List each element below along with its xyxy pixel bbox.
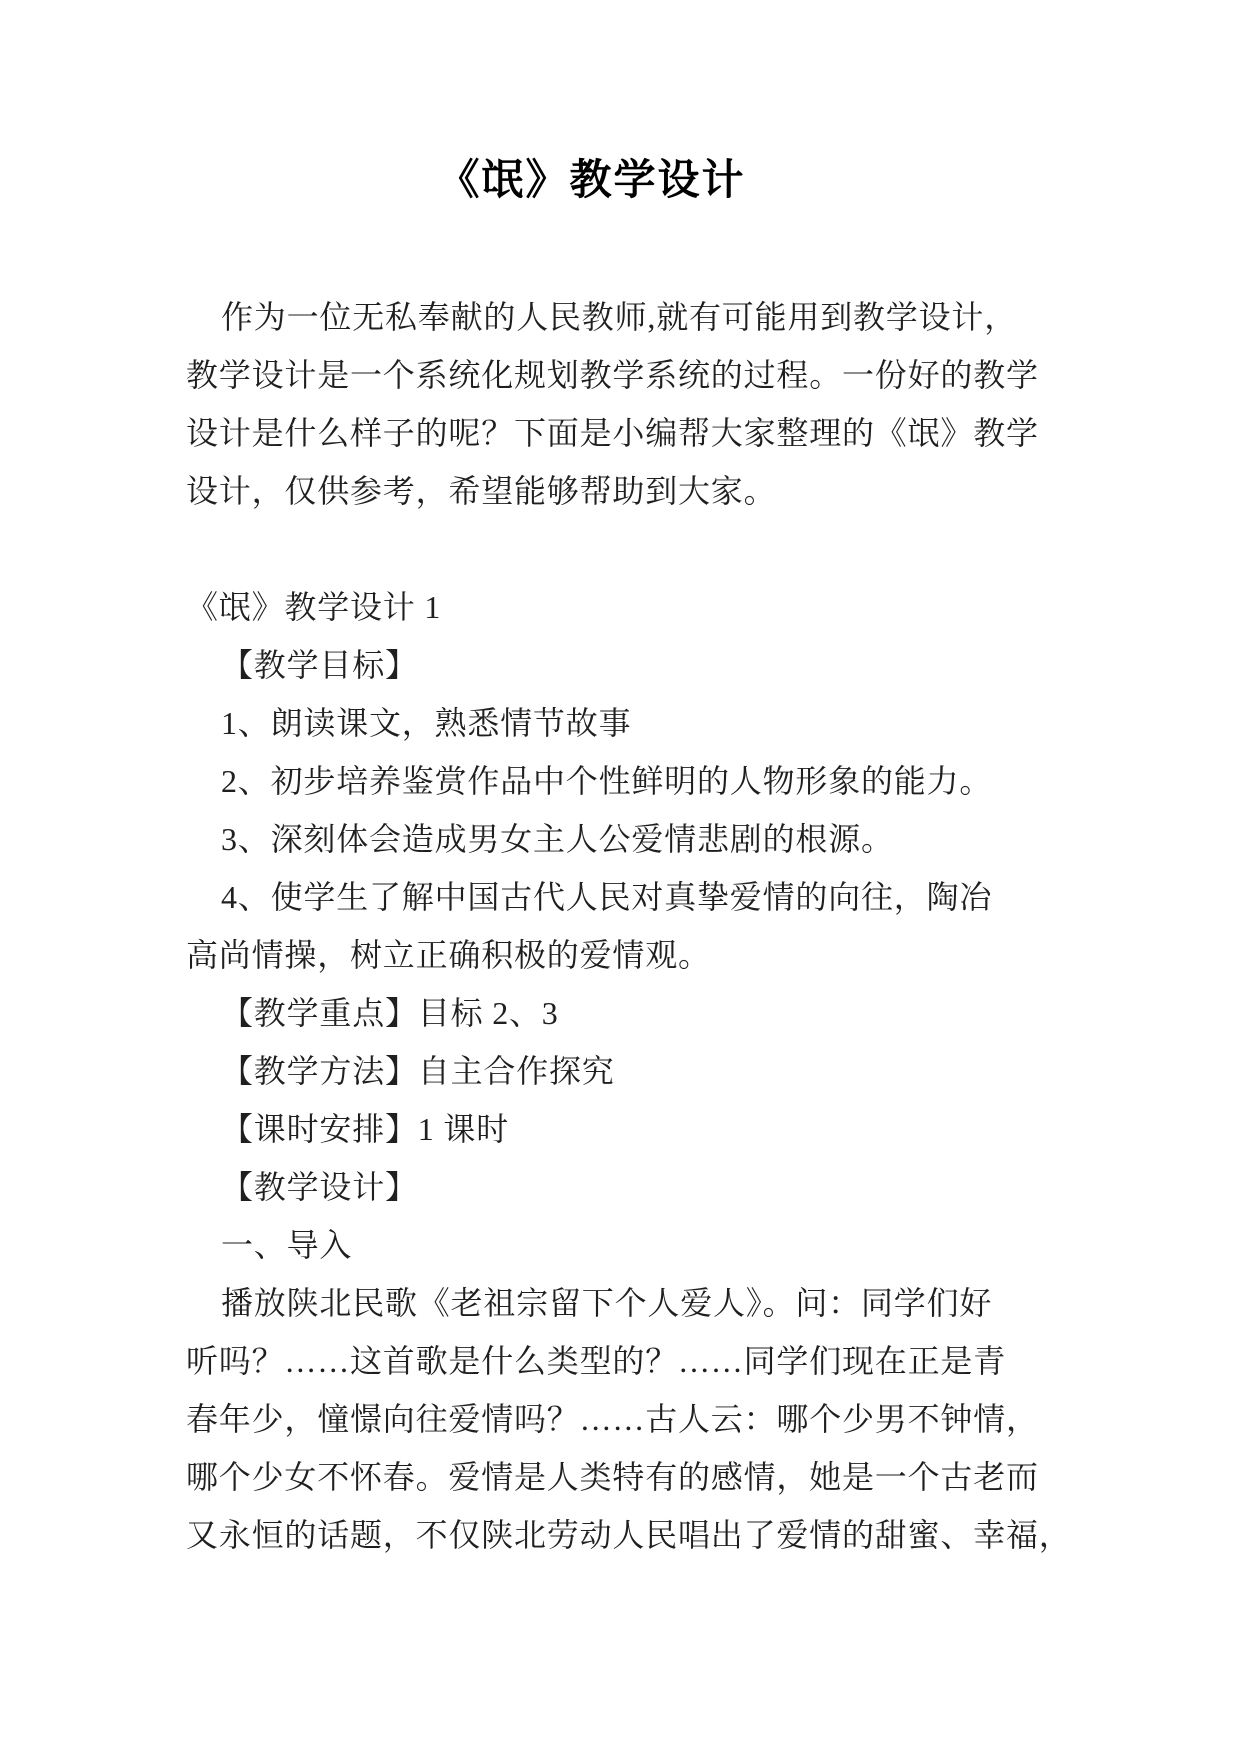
document-body: 作为一位无私奉献的人民教师,就有可能用到教学设计， 教学设计是一个系统化规划教学… <box>186 288 1077 1564</box>
document-title: 《氓》教学设计 <box>186 150 1077 210</box>
blank-line <box>186 520 1077 578</box>
paragraph: 【教学方法】自主合作探究 <box>186 1042 1077 1100</box>
paragraph: 作为一位无私奉献的人民教师,就有可能用到教学设计， 教学设计是一个系统化规划教学… <box>186 288 1077 520</box>
paragraph: 1、朗读课文，熟悉情节故事 <box>186 694 1077 752</box>
paragraph: 《氓》教学设计 1 <box>186 578 1077 636</box>
document-page: 《氓》教学设计 作为一位无私奉献的人民教师,就有可能用到教学设计， 教学设计是一… <box>0 0 1241 1754</box>
paragraph: 4、使学生了解中国古代人民对真挚爱情的向往，陶冶 高尚情操，树立正确积极的爱情观… <box>186 868 1077 984</box>
paragraph: 【教学目标】 <box>186 636 1077 694</box>
paragraph: 播放陕北民歌《老祖宗留下个人爱人》。问：同学们好 听吗？……这首歌是什么类型的？… <box>186 1274 1077 1564</box>
paragraph: 【课时安排】1 课时 <box>186 1100 1077 1158</box>
paragraph: 【教学设计】 <box>186 1158 1077 1216</box>
paragraph: 【教学重点】目标 2、3 <box>186 984 1077 1042</box>
paragraph: 3、深刻体会造成男女主人公爱情悲剧的根源。 <box>186 810 1077 868</box>
paragraph: 2、初步培养鉴赏作品中个性鲜明的人物形象的能力。 <box>186 752 1077 810</box>
paragraph: 一、导入 <box>186 1216 1077 1274</box>
